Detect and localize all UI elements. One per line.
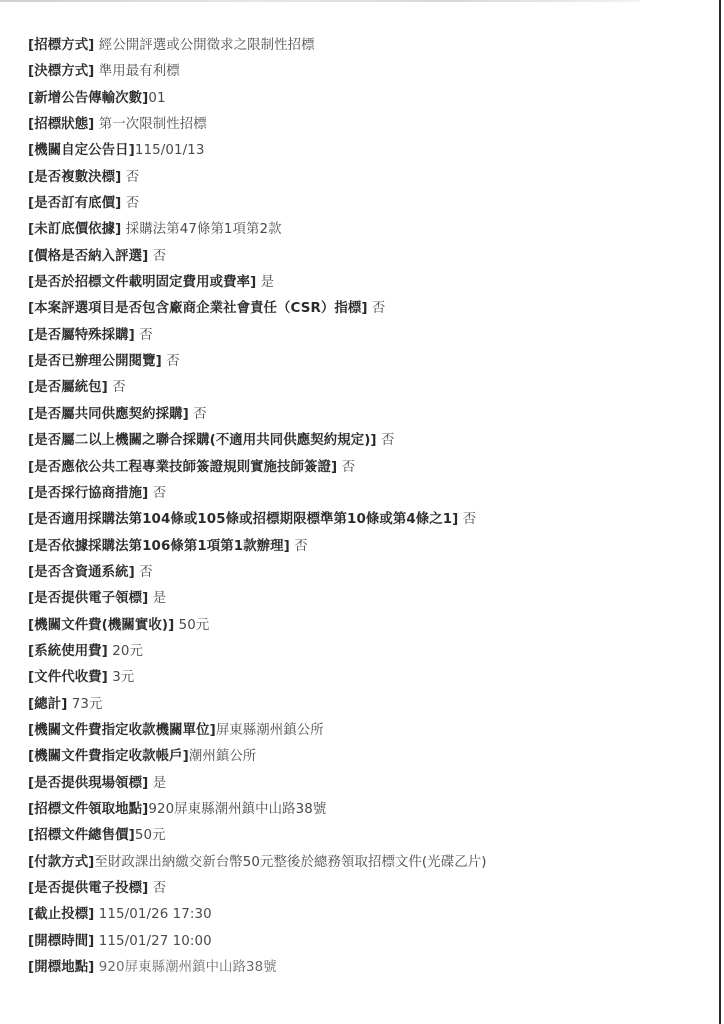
field-label: [是否提供電子投標]: [28, 881, 148, 896]
field-label: [是否提供現場領標]: [28, 776, 148, 791]
field-value: 3元: [108, 670, 134, 685]
field-collection-fee: [文件代收費] 3元: [28, 666, 708, 692]
field-article-104-105: [是否適用採購法第104條或105條或招標期限標準第10條或第4條之1] 否: [28, 508, 708, 534]
field-doc-total-price: [招標文件總售價]50元: [28, 824, 708, 850]
field-payee-account: [機關文件費指定收款帳戶]潮州鎮公所: [28, 745, 708, 771]
field-value: 01: [148, 91, 165, 106]
field-value: 潮州鎮公所: [189, 749, 256, 764]
field-label: [決標方式]: [28, 64, 94, 79]
field-label: [機關文件費指定收款機關單位]: [28, 723, 216, 738]
field-price-in-evaluation: [價格是否納入評選] 否: [28, 245, 708, 271]
field-label: [招標文件領取地點]: [28, 802, 148, 817]
field-value: 115/01/13: [135, 143, 205, 158]
field-label: [是否屬特殊採購]: [28, 328, 135, 343]
field-turnkey: [是否屬統包] 否: [28, 376, 708, 402]
field-value: 至財政課出納繳交新台幣50元整後於總務領取招標文件(光碟乙片): [94, 855, 486, 870]
field-onsite-collection: [是否提供現場領標] 是: [28, 772, 708, 798]
field-value: 20元: [108, 644, 143, 659]
field-value: 是: [256, 275, 274, 290]
field-announcement-date: [機關自定公告日]115/01/13: [28, 139, 708, 165]
field-value: 否: [290, 539, 308, 554]
field-bid-deadline: [截止投標] 115/01/26 17:30: [28, 903, 708, 929]
field-label: [是否訂有底價]: [28, 196, 121, 211]
field-label: [機關自定公告日]: [28, 143, 135, 158]
field-label: [未訂底價依據]: [28, 222, 121, 237]
field-label: [是否於招標文件載明固定費用或費率]: [28, 275, 256, 290]
field-value: 否: [148, 249, 166, 264]
field-value: 否: [368, 301, 386, 316]
tender-notice-document: [招標方式] 經公開評選或公開徵求之限制性招標 [決標方式] 準用最有利標 [新…: [28, 34, 708, 982]
field-tender-method: [招標方式] 經公開評選或公開徵求之限制性招標: [28, 34, 708, 60]
field-value: 是: [148, 776, 166, 791]
field-value: 115/01/26 17:30: [94, 907, 211, 922]
field-label: [本案評選項目是否包含廠商企業社會責任（CSR）指標]: [28, 301, 368, 316]
field-label: [是否複數決標]: [28, 170, 121, 185]
field-value: 否: [377, 433, 395, 448]
field-label: [是否依據採購法第106條第1項第1款辦理]: [28, 539, 290, 554]
field-negotiation-measures: [是否採行協商措施] 否: [28, 482, 708, 508]
field-value: 否: [458, 512, 476, 527]
field-value: 否: [108, 380, 126, 395]
field-value: 否: [189, 407, 207, 422]
field-no-reserve-basis: [未訂底價依據] 採購法第47條第1項第2款: [28, 218, 708, 244]
field-value: 920屏東縣潮州鎮中山路38號: [94, 960, 276, 975]
field-payee-unit: [機關文件費指定收款機關單位]屏東縣潮州鎮公所: [28, 719, 708, 745]
field-award-method: [決標方式] 準用最有利標: [28, 60, 708, 86]
field-label: [是否提供電子領標]: [28, 591, 148, 606]
field-label: [付款方式]: [28, 855, 94, 870]
field-label: [是否屬共同供應契約採購]: [28, 407, 189, 422]
field-label: [招標文件總售價]: [28, 828, 135, 843]
field-csr-indicator: [本案評選項目是否包含廠商企業社會責任（CSR）指標] 否: [28, 297, 708, 323]
field-tender-status: [招標狀態] 第一次限制性招標: [28, 113, 708, 139]
field-opening-time: [開標時間] 115/01/27 10:00: [28, 930, 708, 956]
scan-top-edge: [0, 0, 640, 2]
field-engineer-certification: [是否應依公共工程專業技師簽證規則實施技師簽證] 否: [28, 456, 708, 482]
field-collection-location: [招標文件領取地點]920屏東縣潮州鎮中山路38號: [28, 798, 708, 824]
field-label: [新增公告傳輸次數]: [28, 91, 148, 106]
field-special-procurement: [是否屬特殊採購] 否: [28, 324, 708, 350]
field-label: [是否屬統包]: [28, 380, 108, 395]
field-payment-method: [付款方式]至財政課出納繳交新台幣50元整後於總務領取招標文件(光碟乙片): [28, 851, 708, 877]
field-value: 73元: [67, 697, 102, 712]
field-value: 是: [148, 591, 166, 606]
field-value: 準用最有利標: [94, 64, 179, 79]
field-value: 否: [337, 460, 355, 475]
field-total: [總計] 73元: [28, 693, 708, 719]
field-label: [招標方式]: [28, 38, 94, 53]
field-value: 否: [121, 170, 139, 185]
field-system-fee: [系統使用費] 20元: [28, 640, 708, 666]
field-label: [是否含資通系統]: [28, 565, 135, 580]
field-value: 否: [162, 354, 180, 369]
field-value: 採購法第47條第1項第2款: [121, 222, 281, 237]
field-label: [截止投標]: [28, 907, 94, 922]
field-transmission-count: [新增公告傳輸次數]01: [28, 87, 708, 113]
field-label: [是否應依公共工程專業技師簽證規則實施技師簽證]: [28, 460, 337, 475]
field-value: 50元: [135, 828, 166, 843]
field-value: 50元: [174, 618, 209, 633]
field-joint-procurement: [是否屬二以上機關之聯合採購(不適用共同供應契約規定)] 否: [28, 429, 708, 455]
field-value: 否: [135, 565, 153, 580]
field-label: [招標狀態]: [28, 117, 94, 132]
field-value: 否: [148, 486, 166, 501]
field-fixed-fee: [是否於招標文件載明固定費用或費率] 是: [28, 271, 708, 297]
field-label: [機關文件費指定收款帳戶]: [28, 749, 189, 764]
field-label: [機關文件費(機關實收)]: [28, 618, 174, 633]
field-label: [開標時間]: [28, 934, 94, 949]
field-label: [是否屬二以上機關之聯合採購(不適用共同供應契約規定)]: [28, 433, 377, 448]
field-label: [是否適用採購法第104條或105條或招標期限標準第10條或第4條之1]: [28, 512, 458, 527]
field-electronic-bidding: [是否提供電子投標] 否: [28, 877, 708, 903]
field-value: 920屏東縣潮州鎮中山路38號: [148, 802, 326, 817]
field-label: [是否已辦理公開閱覽]: [28, 354, 162, 369]
scan-right-edge: [719, 0, 721, 1024]
field-value: 屏東縣潮州鎮公所: [216, 723, 324, 738]
field-electronic-collection: [是否提供電子領標] 是: [28, 587, 708, 613]
field-value: 否: [148, 881, 166, 896]
field-ict-system: [是否含資通系統] 否: [28, 561, 708, 587]
field-article-106: [是否依據採購法第106條第1項第1款辦理] 否: [28, 535, 708, 561]
field-reserve-price: [是否訂有底價] 否: [28, 192, 708, 218]
field-agency-doc-fee: [機關文件費(機關實收)] 50元: [28, 614, 708, 640]
field-value: 否: [135, 328, 153, 343]
field-public-review: [是否已辦理公開閱覽] 否: [28, 350, 708, 376]
field-label: [系統使用費]: [28, 644, 108, 659]
field-label: [總計]: [28, 697, 67, 712]
field-value: 經公開評選或公開徵求之限制性招標: [94, 38, 314, 53]
field-value: 115/01/27 10:00: [94, 934, 211, 949]
field-label: [開標地點]: [28, 960, 94, 975]
field-value: 否: [121, 196, 139, 211]
field-label: [價格是否納入評選]: [28, 249, 148, 264]
field-multiple-awards: [是否複數決標] 否: [28, 166, 708, 192]
field-label: [文件代收費]: [28, 670, 108, 685]
field-label: [是否採行協商措施]: [28, 486, 148, 501]
field-opening-location: [開標地點] 920屏東縣潮州鎮中山路38號: [28, 956, 708, 982]
field-value: 第一次限制性招標: [94, 117, 206, 132]
field-joint-supply-contract: [是否屬共同供應契約採購] 否: [28, 403, 708, 429]
